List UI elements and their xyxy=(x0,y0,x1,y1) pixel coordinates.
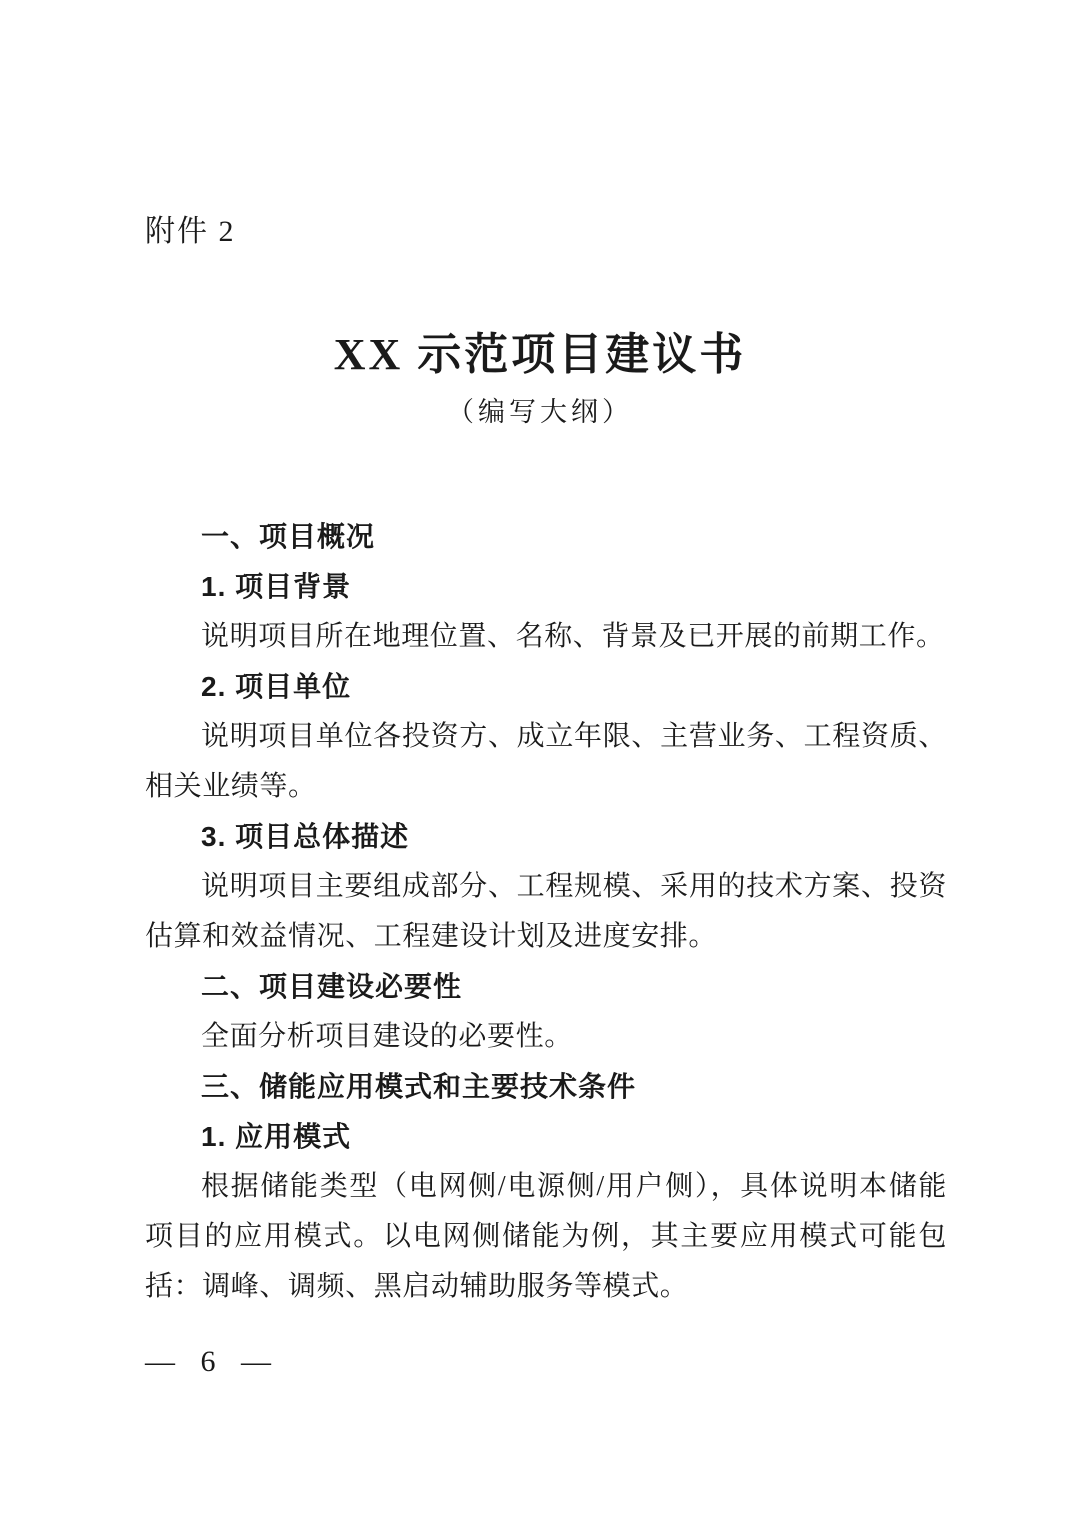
sub-heading: 1. 项目背景 xyxy=(145,562,947,612)
section-heading: 三、储能应用模式和主要技术条件 xyxy=(145,1062,947,1112)
document-title: XX 示范项目建议书 xyxy=(0,318,1080,382)
attachment-label: 附件 2 xyxy=(145,206,236,250)
section-heading: 一、项目概况 xyxy=(145,512,947,562)
document-page: { "page": { "attachment_label": "附件 2", … xyxy=(0,0,1080,1527)
sub-heading: 1. 应用模式 xyxy=(145,1112,947,1162)
sub-heading: 3. 项目总体描述 xyxy=(145,812,947,862)
paragraph: 说明项目所在地理位置、名称、背景及已开展的前期工作。 xyxy=(145,612,947,662)
paragraph: 说明项目主要组成部分、工程规模、采用的技术方案、投资估算和效益情况、工程建设计划… xyxy=(145,862,947,962)
section-heading: 二、项目建设必要性 xyxy=(145,962,947,1012)
paragraph: 全面分析项目建设的必要性。 xyxy=(145,1012,947,1062)
paragraph: 根据储能类型（电网侧/电源侧/用户侧），具体说明本储能项目的应用模式。以电网侧储… xyxy=(145,1162,947,1312)
sub-heading: 2. 项目单位 xyxy=(145,662,947,712)
document-body: 一、项目概况1. 项目背景说明项目所在地理位置、名称、背景及已开展的前期工作。2… xyxy=(145,512,947,1312)
paragraph: 说明项目单位各投资方、成立年限、主营业务、工程资质、相关业绩等。 xyxy=(145,712,947,812)
page-number: — 6 — xyxy=(145,1345,271,1379)
document-subtitle: （编写大纲） xyxy=(0,390,1080,429)
